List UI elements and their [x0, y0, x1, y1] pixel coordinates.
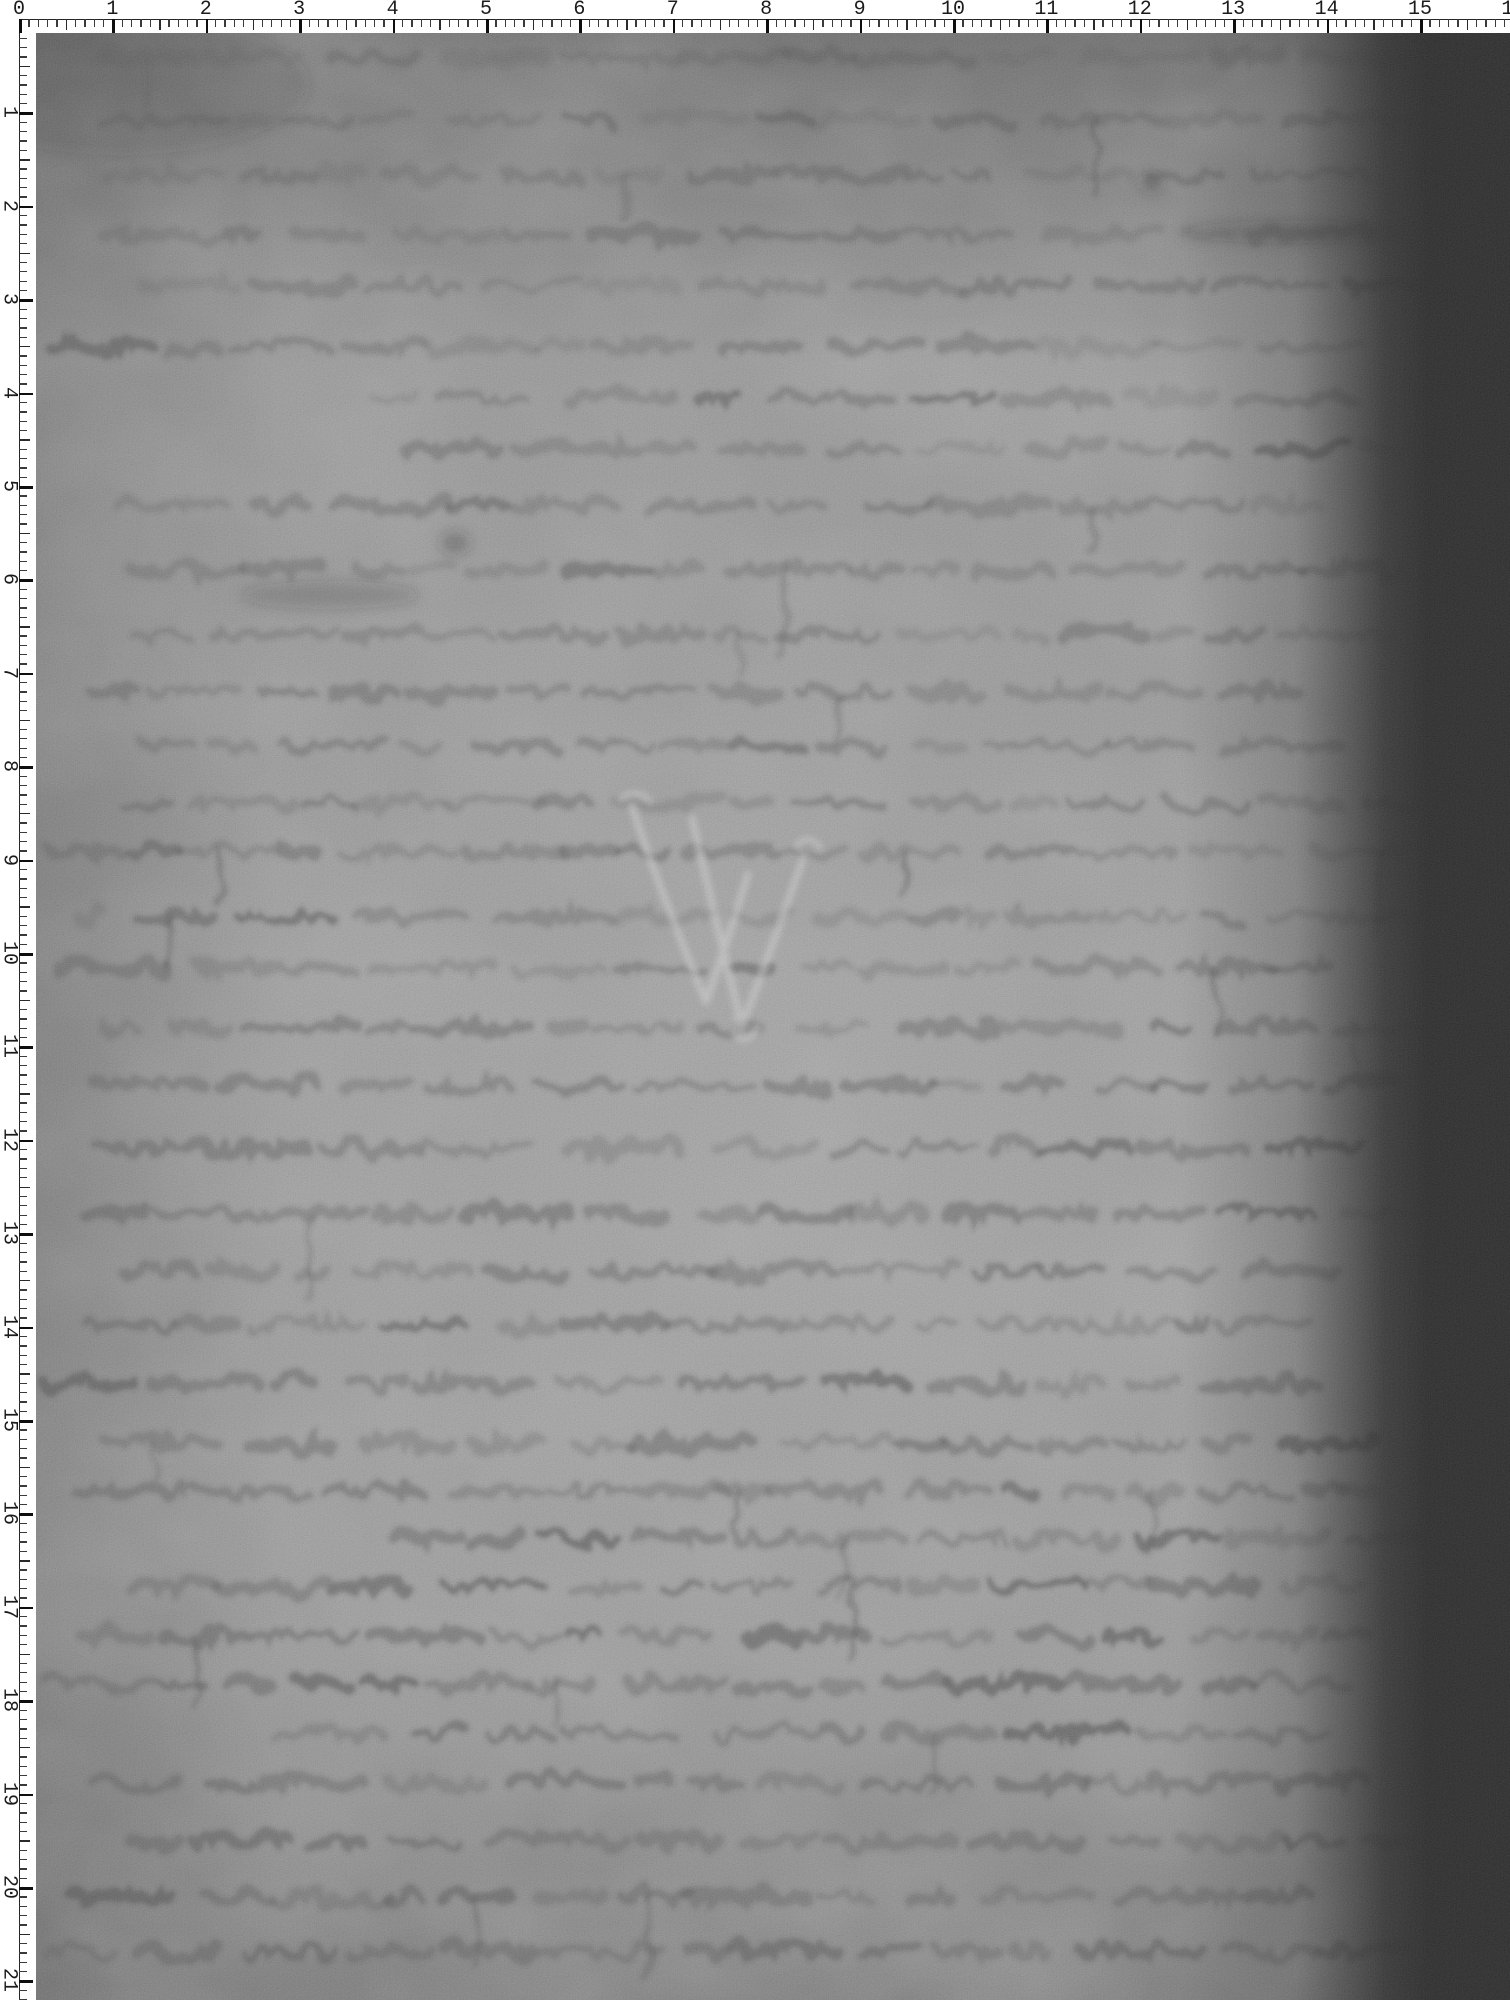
left-ruler-tick: [19, 981, 27, 982]
left-ruler-tick: [19, 691, 27, 692]
top-ruler-tick: [1215, 19, 1216, 27]
left-ruler-tick: [19, 1345, 27, 1346]
top-ruler-tick: [140, 19, 141, 27]
left-ruler-tick: [19, 1130, 27, 1131]
left-ruler-tick: [19, 710, 27, 711]
left-ruler-tick: [19, 1476, 27, 1477]
top-ruler-tick: [1149, 19, 1150, 27]
left-ruler-tick: [19, 1896, 27, 1897]
top-ruler-tick: [542, 19, 543, 27]
left-ruler-tick: [19, 1523, 27, 1524]
top-ruler-tick: [196, 19, 197, 27]
left-ruler-tick: [19, 822, 27, 823]
left-ruler-tick: [19, 1457, 27, 1458]
left-ruler-tick: [19, 766, 33, 769]
left-ruler-tick: [19, 486, 33, 489]
top-ruler-tick: [682, 19, 683, 27]
top-ruler-label: 1: [106, 0, 118, 19]
paper-scan-image: [0, 0, 1510, 2000]
left-ruler-tick: [19, 1252, 27, 1253]
top-ruler-tick: [1056, 19, 1057, 27]
top-ruler-tick: [159, 19, 161, 30]
left-ruler-tick: [19, 1532, 27, 1533]
top-ruler-tick: [981, 19, 982, 27]
left-ruler-tick: [19, 1952, 27, 1953]
left-ruler-label: 6: [0, 573, 19, 585]
left-ruler-tick: [19, 673, 33, 676]
left-ruler-tick: [19, 94, 27, 95]
top-ruler-tick: [187, 19, 188, 27]
left-ruler-tick: [19, 850, 27, 851]
top-ruler-tick: [150, 19, 151, 27]
top-ruler-tick: [495, 19, 496, 27]
left-ruler-tick: [19, 813, 30, 815]
left-ruler-tick: [19, 925, 27, 926]
left-ruler-tick: [19, 1616, 27, 1617]
top-ruler-label: 14: [1315, 0, 1339, 19]
left-ruler-tick: [19, 38, 27, 39]
left-ruler-tick: [19, 1093, 30, 1095]
left-ruler-tick: [19, 1439, 27, 1440]
left-ruler-tick: [19, 570, 27, 571]
top-ruler-tick: [1299, 19, 1300, 27]
top-ruler-tick: [598, 19, 599, 27]
left-ruler-tick: [19, 663, 27, 664]
left-ruler-label: 16: [0, 1501, 19, 1525]
top-ruler-tick: [1243, 19, 1244, 27]
left-ruler-tick: [19, 1625, 27, 1626]
left-ruler-tick: [19, 1513, 33, 1516]
left-ruler-label: 13: [0, 1221, 19, 1245]
top-ruler-tick: [748, 19, 749, 27]
left-ruler-tick: [19, 1000, 30, 1002]
left-ruler-tick: [19, 1868, 27, 1869]
top-ruler-tick: [66, 19, 68, 30]
top-ruler-tick: [1093, 19, 1095, 30]
top-ruler-tick: [430, 19, 431, 27]
left-ruler-tick: [19, 1756, 27, 1757]
top-ruler-label: 3: [293, 0, 305, 19]
top-ruler-label: 2: [200, 0, 212, 19]
left-ruler-label: 10: [0, 941, 19, 965]
top-ruler-tick: [1187, 19, 1189, 30]
left-ruler-tick: [19, 1056, 27, 1057]
top-ruler-tick: [1280, 19, 1282, 30]
top-ruler-tick: [607, 19, 608, 27]
left-ruler-tick: [19, 1962, 27, 1963]
left-ruler-tick: [19, 1971, 27, 1972]
left-ruler-tick: [19, 1495, 27, 1496]
left-ruler-tick: [19, 290, 27, 291]
top-ruler-tick: [1102, 19, 1103, 27]
left-ruler-tick: [19, 1607, 33, 1610]
left-ruler-tick: [19, 841, 27, 842]
top-ruler-tick: [1411, 19, 1412, 27]
left-ruler-tick: [19, 1719, 27, 1720]
left-ruler-tick: [19, 1205, 27, 1206]
top-ruler-tick: [673, 19, 676, 33]
left-ruler-tick: [19, 337, 27, 338]
left-ruler-tick: [19, 1392, 27, 1393]
top-ruler-tick: [411, 19, 412, 27]
top-ruler-tick: [1373, 19, 1375, 30]
top-ruler-tick: [75, 19, 76, 27]
left-ruler-tick: [19, 1794, 33, 1797]
left-ruler-tick: [19, 1924, 27, 1925]
left-ruler-tick: [19, 84, 27, 85]
top-ruler-tick: [944, 19, 945, 27]
top-ruler-tick: [897, 19, 898, 27]
left-ruler-tick: [19, 178, 27, 179]
left-ruler-tick: [19, 1541, 27, 1542]
left-ruler-tick: [19, 112, 33, 115]
manuscript-scan-page: 012345678910111213141516 123456789101112…: [0, 0, 1510, 2000]
left-ruler-tick: [19, 972, 27, 973]
left-ruler-tick: [19, 944, 27, 945]
left-ruler-tick: [19, 1271, 27, 1272]
left-ruler-tick: [19, 748, 27, 749]
left-ruler-tick: [19, 271, 27, 272]
top-ruler-tick: [327, 19, 328, 27]
top-ruler-label: 12: [1128, 0, 1152, 19]
left-ruler-tick: [19, 1878, 27, 1879]
left-ruler-tick: [19, 1074, 27, 1075]
left-ruler-tick: [19, 75, 27, 76]
left-ruler-tick: [19, 1317, 27, 1318]
left-ruler-tick: [19, 1747, 30, 1749]
top-ruler-tick: [262, 19, 263, 27]
left-ruler-tick: [19, 477, 27, 478]
top-ruler-tick: [253, 19, 255, 30]
left-ruler-tick: [19, 346, 30, 348]
top-ruler-tick: [766, 19, 769, 33]
top-ruler-tick: [402, 19, 403, 27]
left-ruler-tick: [19, 253, 30, 255]
left-ruler-tick: [19, 878, 27, 879]
left-ruler-tick: [19, 906, 30, 908]
left-ruler-tick: [19, 1738, 27, 1739]
top-ruler-label: 8: [760, 0, 772, 19]
left-ruler-tick: [19, 934, 27, 935]
left-ruler-tick: [19, 551, 27, 552]
top-ruler-tick: [168, 19, 169, 27]
left-ruler-tick: [19, 1327, 33, 1330]
left-ruler-tick: [19, 47, 27, 48]
left-ruler-tick: [19, 1429, 27, 1430]
left-ruler-tick: [19, 1775, 27, 1776]
top-ruler-tick: [94, 19, 95, 27]
left-ruler-tick: [19, 1784, 27, 1785]
top-ruler-tick: [1224, 19, 1225, 27]
left-ruler-tick: [19, 1289, 27, 1290]
top-ruler-tick: [888, 19, 889, 27]
top-ruler-tick: [1158, 19, 1159, 27]
top-ruler-tick: [757, 19, 758, 27]
left-ruler-tick: [19, 1980, 33, 1983]
left-ruler-tick: [19, 1906, 27, 1907]
left-ruler-tick: [19, 1654, 30, 1656]
top-ruler-tick: [1401, 19, 1402, 27]
left-ruler-tick: [19, 1803, 27, 1804]
left-ruler-tick: [19, 1383, 27, 1384]
left-ruler-tick: [19, 1149, 27, 1150]
top-ruler-tick: [570, 19, 571, 27]
left-ruler-label: 18: [0, 1688, 19, 1712]
top-ruler-tick: [738, 19, 739, 27]
left-ruler-label: 5: [0, 480, 19, 492]
left-ruler-tick: [19, 1215, 27, 1216]
left-ruler-tick: [19, 1588, 27, 1589]
top-ruler-tick: [122, 19, 123, 27]
left-ruler-tick: [19, 776, 27, 777]
left-ruler-tick: [19, 1551, 27, 1552]
top-ruler-tick: [1495, 19, 1496, 27]
top-ruler-tick: [906, 19, 908, 30]
top-ruler-tick: [1317, 19, 1318, 27]
top-ruler-tick: [1289, 19, 1290, 27]
top-ruler-tick: [449, 19, 450, 27]
left-ruler-tick: [19, 365, 27, 366]
left-ruler-label: 12: [0, 1128, 19, 1152]
top-ruler-tick: [1383, 19, 1384, 27]
top-ruler-tick: [579, 19, 582, 33]
top-ruler-tick: [206, 19, 209, 33]
left-ruler-tick: [19, 103, 27, 104]
top-ruler-tick: [505, 19, 506, 27]
left-ruler-tick: [19, 421, 27, 422]
top-ruler-tick: [1046, 19, 1049, 33]
left-ruler-label: 9: [0, 854, 19, 866]
left-ruler-tick: [19, 1028, 27, 1029]
top-ruler-tick: [1467, 19, 1469, 30]
top-ruler-tick: [112, 19, 115, 33]
top-ruler-tick: [234, 19, 235, 27]
top-ruler-tick: [1336, 19, 1337, 27]
left-ruler-tick: [19, 654, 27, 655]
left-ruler-tick: [19, 505, 27, 506]
left-ruler-tick: [19, 1831, 27, 1832]
left-ruler-tick: [19, 1233, 33, 1236]
left-ruler-tick: [19, 309, 27, 310]
left-ruler-tick: [19, 1934, 30, 1936]
top-ruler-tick: [645, 19, 646, 27]
left-ruler-tick: [19, 1560, 30, 1562]
top-ruler-tick: [309, 19, 310, 27]
left-ruler-tick: [19, 1065, 27, 1066]
top-ruler-tick: [561, 19, 562, 27]
left-ruler-tick: [19, 1766, 27, 1767]
top-ruler-tick: [215, 19, 216, 27]
left-ruler-label: 20: [0, 1875, 19, 1899]
left-ruler-tick: [19, 1243, 27, 1244]
left-ruler-tick: [19, 804, 27, 805]
left-ruler-tick: [19, 439, 30, 441]
left-ruler-tick: [19, 1990, 27, 1991]
top-ruler-tick: [243, 19, 244, 27]
left-ruler-tick: [19, 187, 27, 188]
top-ruler-tick: [1457, 19, 1458, 27]
left-ruler-tick: [19, 729, 27, 730]
top-ruler-tick: [224, 19, 225, 27]
left-ruler-tick: [19, 1691, 27, 1692]
left-ruler-tick: [19, 869, 27, 870]
left-ruler-tick: [19, 1168, 27, 1169]
left-ruler-tick: [19, 1728, 27, 1729]
top-ruler-tick: [1018, 19, 1019, 27]
left-ruler-tick: [19, 1672, 27, 1673]
left-ruler-label: 7: [0, 667, 19, 679]
left-ruler-tick: [19, 514, 27, 515]
left-ruler-tick: [19, 458, 27, 459]
left-ruler-tick: [19, 224, 27, 225]
top-ruler-tick: [1429, 19, 1430, 27]
top-ruler-tick: [1355, 19, 1356, 27]
left-ruler-tick: [19, 1411, 27, 1412]
left-ruler-tick: [19, 701, 27, 702]
top-ruler-tick: [729, 19, 730, 27]
top-ruler-tick: [1065, 19, 1066, 27]
left-ruler-tick: [19, 1644, 27, 1645]
left-ruler-tick: [19, 720, 30, 722]
left-ruler-label: 3: [0, 293, 19, 305]
left-ruler-label: 17: [0, 1595, 19, 1619]
top-ruler-tick: [47, 19, 48, 27]
top-ruler-tick: [365, 19, 366, 27]
left-ruler-tick: [19, 1280, 30, 1282]
left-ruler-tick: [19, 150, 27, 151]
left-ruler-tick: [19, 402, 27, 403]
top-ruler-tick: [1448, 19, 1449, 27]
left-ruler-tick: [19, 1018, 27, 1019]
top-ruler-tick: [38, 19, 39, 27]
top-ruler-tick: [1439, 19, 1440, 27]
left-ruler-tick: [19, 281, 27, 282]
top-ruler-tick: [916, 19, 917, 27]
left-ruler-label: 15: [0, 1408, 19, 1432]
left-ruler-tick: [19, 635, 27, 636]
left-ruler-tick: [19, 1822, 27, 1823]
left-ruler-tick: [19, 1663, 27, 1664]
top-ruler-label: 16: [1501, 0, 1510, 19]
top-ruler-tick: [1205, 19, 1206, 27]
left-ruler-tick: [19, 1140, 33, 1143]
left-ruler-tick: [19, 916, 27, 917]
left-ruler-tick: [19, 1373, 30, 1375]
left-ruler-tick: [19, 196, 27, 197]
top-ruler-tick: [551, 19, 552, 27]
left-ruler-tick: [19, 1700, 33, 1703]
left-ruler-label: 8: [0, 760, 19, 772]
top-ruler-tick: [990, 19, 991, 27]
top-ruler-tick: [785, 19, 786, 27]
left-ruler-tick: [19, 299, 33, 302]
left-ruler-tick: [19, 449, 27, 450]
top-ruler-tick: [281, 19, 282, 27]
top-ruler-tick: [1261, 19, 1262, 27]
left-ruler-label: 14: [0, 1315, 19, 1339]
left-ruler-tick: [19, 1158, 27, 1159]
left-ruler-tick: [19, 1037, 27, 1038]
top-ruler-tick: [355, 19, 356, 27]
left-ruler-tick: [19, 533, 30, 535]
left-ruler-tick: [19, 962, 27, 963]
left-ruler-tick: [19, 832, 27, 833]
left-ruler-tick: [19, 66, 30, 68]
top-ruler-tick: [131, 19, 132, 27]
top-ruler-tick: [346, 19, 348, 30]
left-ruler-tick: [19, 1401, 27, 1402]
top-ruler-label: 0: [13, 0, 25, 19]
left-ruler-tick: [19, 617, 27, 618]
top-ruler-tick: [663, 19, 664, 27]
left-ruler-tick: [19, 1485, 27, 1486]
top-ruler-tick: [56, 19, 57, 27]
top-ruler-tick: [393, 19, 396, 33]
top-ruler-tick: [1485, 19, 1486, 27]
left-ruler-tick: [19, 327, 27, 328]
top-ruler-tick: [1009, 19, 1010, 27]
left-ruler-tick: [19, 1261, 27, 1262]
top-ruler-tick: [822, 19, 823, 27]
top-ruler-tick: [299, 19, 302, 33]
left-ruler-tick: [19, 215, 27, 216]
top-ruler-tick: [804, 19, 805, 27]
left-ruler-tick: [19, 589, 27, 590]
left-ruler-tick: [19, 579, 33, 582]
top-ruler-tick: [654, 19, 655, 27]
top-ruler-tick: [1504, 19, 1505, 27]
top-ruler-tick: [635, 19, 636, 27]
top-ruler-label: 10: [941, 0, 965, 19]
left-ruler-tick: [19, 467, 27, 468]
left-ruler-tick: [19, 1355, 27, 1356]
left-ruler-tick: [19, 122, 27, 123]
top-ruler-tick: [84, 19, 85, 27]
top-ruler-tick: [1196, 19, 1197, 27]
top-ruler-tick: [421, 19, 422, 27]
top-ruler-label: 4: [387, 0, 399, 19]
top-ruler-tick: [477, 19, 478, 27]
left-ruler-tick: [19, 1859, 27, 1860]
top-ruler-tick: [1000, 19, 1002, 30]
left-ruler-tick: [19, 990, 27, 991]
top-ruler-tick: [701, 19, 702, 27]
left-ruler-tick: [19, 1084, 27, 1085]
top-ruler-tick: [794, 19, 795, 27]
top-ruler-tick: [710, 19, 711, 27]
left-ruler-tick: [19, 1710, 27, 1711]
left-ruler-tick: [19, 542, 27, 543]
top-ruler-tick: [589, 19, 590, 27]
top-ruler-tick: [290, 19, 291, 27]
left-ruler-tick: [19, 1840, 30, 1842]
left-ruler-tick: [19, 1812, 27, 1813]
top-ruler-tick: [514, 19, 515, 27]
top-ruler-tick: [953, 19, 956, 33]
top-ruler-tick: [337, 19, 338, 27]
left-ruler-tick: [19, 1224, 27, 1225]
left-ruler-tick: [19, 897, 27, 898]
left-ruler-tick: [19, 262, 27, 263]
top-ruler-tick: [850, 19, 851, 27]
left-ruler-tick: [19, 785, 27, 786]
top-ruler-tick: [1028, 19, 1029, 27]
left-ruler-tick: [19, 1597, 27, 1598]
top-ruler-tick: [841, 19, 842, 27]
top-ruler-tick: [1327, 19, 1330, 33]
left-ruler-tick: [19, 1467, 30, 1469]
top-ruler-tick: [383, 19, 384, 27]
